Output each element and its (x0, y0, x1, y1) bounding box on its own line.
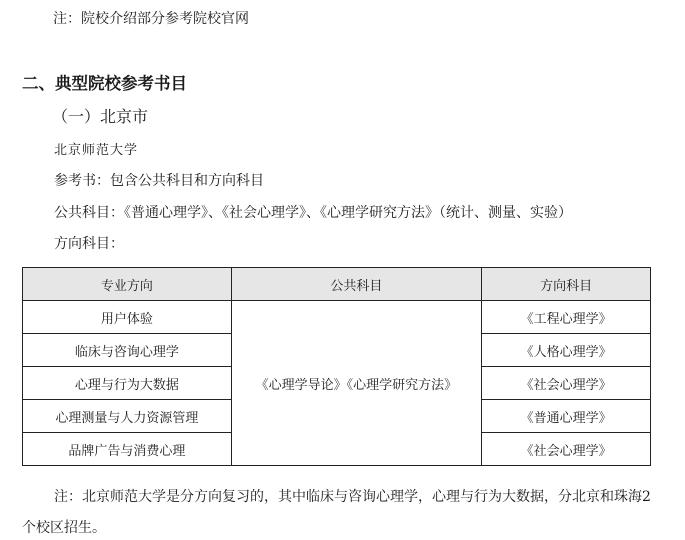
header-major: 专业方向 (23, 268, 232, 301)
subsection-heading: （一）北京市 (52, 106, 148, 128)
section-heading: 二、典型院校参考书目 (22, 73, 187, 95)
cell-major: 用户体验 (23, 301, 232, 334)
header-public-subject: 公共科目 (231, 268, 482, 301)
note-school-intro-source: 注：院校介绍部分参考院校官网 (53, 10, 249, 28)
direction-subjects-label: 方向科目： (54, 235, 124, 253)
cell-major: 品牌广告与消费心理 (23, 433, 232, 466)
cell-direction-book: 《社会心理学》 (482, 367, 651, 400)
table-row: 用户体验 《心理学导论》《心理学研究方法》 《工程心理学》 (23, 301, 651, 334)
reference-books-line: 参考书：包含公共科目和方向科目 (54, 172, 264, 190)
cell-shared-public-subject: 《心理学导论》《心理学研究方法》 (231, 301, 482, 466)
reference-books-table: 专业方向 公共科目 方向科目 用户体验 《心理学导论》《心理学研究方法》 《工程… (22, 267, 651, 466)
public-subjects-line: 公共科目：《普通心理学》、《社会心理学》、《心理学研究方法》（统计、测量、实验） (54, 204, 572, 222)
cell-major: 心理与行为大数据 (23, 367, 232, 400)
cell-major: 临床与咨询心理学 (23, 334, 232, 367)
cell-major: 心理测量与人力资源管理 (23, 400, 232, 433)
header-direction-subject: 方向科目 (482, 268, 651, 301)
cell-direction-book: 《工程心理学》 (482, 301, 651, 334)
note-bnu-campuses: 注：北京师范大学是分方向复习的，其中临床与咨询心理学，心理与行为大数据，分北京和… (22, 482, 652, 540)
cell-direction-book: 《普通心理学》 (482, 400, 651, 433)
table-header-row: 专业方向 公共科目 方向科目 (23, 268, 651, 301)
school-name: 北京师范大学 (54, 142, 138, 160)
cell-direction-book: 《人格心理学》 (482, 334, 651, 367)
cell-direction-book: 《社会心理学》 (482, 433, 651, 466)
